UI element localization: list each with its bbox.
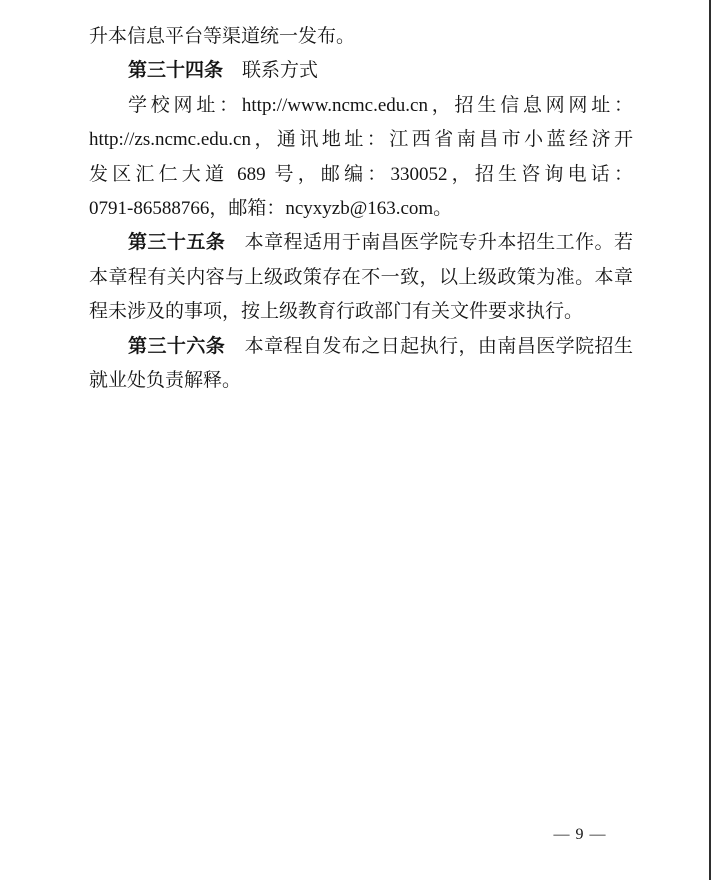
document-body: 升本信息平台等渠道统一发布。 第三十四条 联系方式 学校网址：http://ww… — [89, 20, 633, 398]
page-number: — 9 — — [542, 824, 618, 846]
line-text: 本章程有关内容与上级政策存在不一致，以上级政策为准。本章 — [89, 267, 633, 288]
article-heading-line: 第三十五条 本章程适用于南昌医学院专升本招生工作。若 — [89, 226, 633, 260]
article-number: 第三十六条 — [128, 336, 225, 357]
text-line: 发区汇仁大道 689 号，邮编：330052，招生咨询电话： — [89, 158, 633, 192]
line-text: 升本信息平台等渠道统一发布。 — [89, 26, 355, 47]
text-line: 就业处负责解释。 — [89, 364, 633, 398]
line-text: 学校网址：http://www.ncmc.edu.cn，招生信息网网址： — [128, 95, 633, 116]
article-heading-line: 第三十四条 联系方式 — [89, 54, 633, 88]
article-heading-line: 第三十六条 本章程自发布之日起执行，由南昌医学院招生 — [89, 330, 633, 364]
text-line: 本章程有关内容与上级政策存在不一致，以上级政策为准。本章 — [89, 261, 633, 295]
document-page: 升本信息平台等渠道统一发布。 第三十四条 联系方式 学校网址：http://ww… — [0, 0, 714, 880]
line-text: http://zs.ncmc.edu.cn，通讯地址：江西省南昌市小蓝经济开 — [89, 129, 633, 150]
article-number: 第三十五条 — [128, 232, 225, 253]
text-line: 学校网址：http://www.ncmc.edu.cn，招生信息网网址： — [89, 89, 633, 123]
line-text: 联系方式 — [223, 60, 318, 81]
line-text: 本章程适用于南昌医学院专升本招生工作。若 — [225, 232, 633, 253]
line-text: 发区汇仁大道 689 号，邮编：330052，招生咨询电话： — [89, 164, 633, 185]
page-right-border — [709, 0, 711, 880]
text-line: http://zs.ncmc.edu.cn，通讯地址：江西省南昌市小蓝经济开 — [89, 123, 633, 157]
line-text: 就业处负责解释。 — [89, 370, 241, 391]
article-number: 第三十四条 — [128, 60, 223, 81]
line-text: 0791-86588766，邮箱：ncyxyzb@163.com。 — [89, 198, 452, 219]
line-text: 本章程自发布之日起执行，由南昌医学院招生 — [225, 336, 633, 357]
line-text: 程未涉及的事项，按上级教育行政部门有关文件要求执行。 — [89, 301, 583, 322]
text-line: 程未涉及的事项，按上级教育行政部门有关文件要求执行。 — [89, 295, 633, 329]
text-line: 升本信息平台等渠道统一发布。 — [89, 20, 633, 54]
text-line: 0791-86588766，邮箱：ncyxyzb@163.com。 — [89, 192, 633, 226]
